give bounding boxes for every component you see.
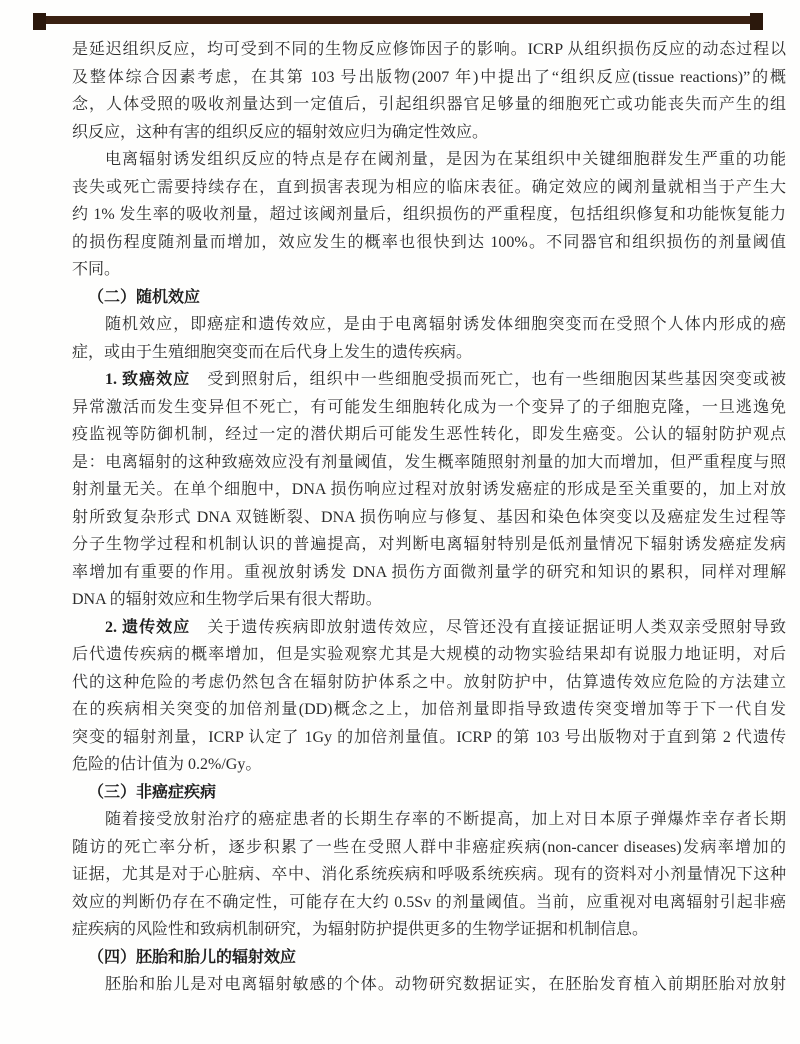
body-line: 随访的死亡率分析，逐步积累了一些在受照人群中非癌症疾病(non-cancer d… <box>72 834 786 862</box>
body-line: 是延迟组织反应，均可受到不同的生物反应修饰因子的影响。ICRP 从组织损伤反应的… <box>72 36 786 64</box>
numbered-subheading: 2. 遗传效应 <box>105 619 190 636</box>
section-heading: （四）胚胎和胎儿的辐射效应 <box>72 944 786 972</box>
body-line: 念，人体受照的吸收剂量达到一定值后，引起组织器官足够量的细胞死亡或功能丧失而产生… <box>72 91 786 119</box>
book-page: 是延迟组织反应，均可受到不同的生物反应修饰因子的影响。ICRP 从组织损伤反应的… <box>0 0 800 1044</box>
body-line: 随着接受放射治疗的癌症患者的长期生存率的不断提高，加上对日本原子弹爆炸幸存者长期 <box>72 806 786 834</box>
body-line: 电离辐射诱发组织反应的特点是存在阈剂量，是因为在某组织中关键细胞群发生严重的功能 <box>72 146 786 174</box>
body-line: 1. 致癌效应 受到照射后，组织中一些细胞受损而死亡，也有一些细胞因某些基因突变… <box>72 366 786 394</box>
body-line: 效应的判断仍存在不确定性，可能存在大约 0.5Sv 的剂量阈值。当前，应重视对电… <box>72 889 786 917</box>
body-line-text: 受到照射后，组织中一些细胞受损而死亡，也有一些细胞因某些基因突变或被 <box>190 371 786 388</box>
body-line: 后代遗传疾病的概率增加，但是实验观察尤其是大规模的动物实验结果却有说服力地证明，… <box>72 641 786 669</box>
body-line: 代的这种危险的考虑仍然包含在辐射防护体系之中。放射防护中，估算遗传效应危险的方法… <box>72 669 786 697</box>
body-line: 约 1% 发生率的吸收剂量，超过该阈剂量后，组织损伤的严重程度，包括组织修复和功… <box>72 201 786 229</box>
numbered-subheading: 1. 致癌效应 <box>105 371 190 388</box>
body-line: 织反应，这种有害的组织反应的辐射效应归为确定性效应。 <box>72 119 786 147</box>
body-line: 射所致复杂形式 DNA 双链断裂、DNA 损伤响应与修复、基因和染色体突变以及癌… <box>72 504 786 532</box>
body-line: 射剂量无关。在单个细胞中，DNA 损伤响应过程对放射诱发癌症的形成是至关重要的，… <box>72 476 786 504</box>
text-column: 是延迟组织反应，均可受到不同的生物反应修饰因子的影响。ICRP 从组织损伤反应的… <box>72 36 786 999</box>
body-line: 丧失或死亡需要持续存在，直到损害表现为相应的临床表征。确定效应的阈剂量就相当于产… <box>72 174 786 202</box>
body-line: 的损伤程度随剂量而增加，效应发生的概率也很快到达 100%。不同器官和组织损伤的… <box>72 229 786 257</box>
body-line: 在的疾病相关突变的加倍剂量(DD)概念之上，加倍剂量即指导致遗传突变增加等于下一… <box>72 696 786 724</box>
body-line: 分子生物学过程和机制认识的普遍提高，对判断电离辐射特别是低剂量情况下辐射诱发癌症… <box>72 531 786 559</box>
body-line: 异常激活而发生变异但不死亡，有可能发生细胞转化成为一个变异了的子细胞克隆，一旦逃… <box>72 394 786 422</box>
header-rule <box>33 16 763 24</box>
body-line: 证据，尤其是对于心脏病、卒中、消化系统疾病和呼吸系统疾病。现有的资料对小剂量情况… <box>72 861 786 889</box>
body-line: 不同。 <box>72 256 786 284</box>
body-line: 率增加有重要的作用。重视放射诱发 DNA 损伤方面微剂量学的研究和知识的累积，同… <box>72 559 786 587</box>
section-heading: （三）非癌症疾病 <box>72 779 786 807</box>
body-line: 2. 遗传效应 关于遗传疾病即放射遗传效应，尽管还没有直接证据证明人类双亲受照射… <box>72 614 786 642</box>
header-rule-endcap-left <box>33 13 46 30</box>
body-line: 疫监视等防御机制，经过一定的潜伏期后可能发生恶性转化，即发生癌变。公认的辐射防护… <box>72 421 786 449</box>
section-heading: （二）随机效应 <box>72 284 786 312</box>
body-line: DNA 的辐射效应和生物学后果有很大帮助。 <box>72 586 786 614</box>
body-line: 是：电离辐射的这种致癌效应没有剂量阈值，发生概率随照射剂量的加大而增加，但严重程… <box>72 449 786 477</box>
body-line: 突变的辐射剂量，ICRP 认定了 1Gy 的加倍剂量值。ICRP 的第 103 … <box>72 724 786 752</box>
body-line: 胚胎和胎儿是对电离辐射敏感的个体。动物研究数据证实，在胚胎发育植入前期胚胎对放射 <box>72 971 786 999</box>
body-line-text: 关于遗传疾病即放射遗传效应，尽管还没有直接证据证明人类双亲受照射导致 <box>190 619 786 636</box>
body-line: 及整体综合因素考虑，在其第 103 号出版物(2007 年)中提出了“组织反应(… <box>72 64 786 92</box>
body-line: 危险的估计值为 0.2%/Gy。 <box>72 751 786 779</box>
body-line: 症，或由于生殖细胞突变而在后代身上发生的遗传疾病。 <box>72 339 786 367</box>
body-line: 随机效应，即癌症和遗传效应，是由于电离辐射诱发体细胞突变而在受照个人体内形成的癌 <box>72 311 786 339</box>
header-rule-endcap-right <box>750 13 763 30</box>
body-line: 症疾病的风险性和致病机制研究，为辐射防护提供更多的生物学证据和机制信息。 <box>72 916 786 944</box>
